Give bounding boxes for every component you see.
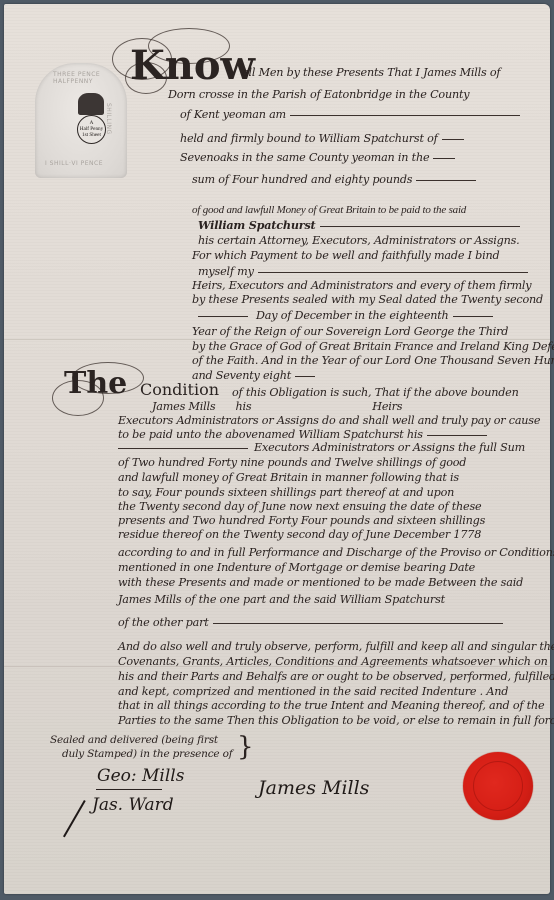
text-content: of Kent yeoman am xyxy=(180,108,286,121)
condition-heading: Condition xyxy=(140,380,219,399)
fill-line xyxy=(427,435,487,436)
opening-initial: Know xyxy=(130,42,255,89)
text-line: myself my xyxy=(198,266,528,277)
text-content: held and firmly bound to William Spatchu… xyxy=(180,132,438,145)
stamp-side-text: SHILLING xyxy=(105,103,112,135)
text-line: to say, Four pounds sixteen shillings pa… xyxy=(118,487,454,498)
revenue-stamp: THREE PENCE HALFPENNY SHILLING I SHILL·V… xyxy=(35,63,127,178)
wax-seal xyxy=(463,752,533,820)
fill-line xyxy=(198,316,248,317)
fill-line xyxy=(320,226,520,227)
witness-signature: Geo: Mills xyxy=(97,766,184,786)
text-line: And do also well and truly observe, perf… xyxy=(118,641,554,652)
text-line: Dorn crosse in the Parish of Eatonbridge… xyxy=(168,89,469,100)
fill-line xyxy=(416,180,476,181)
text-line: with these Presents and made or mentione… xyxy=(118,577,523,588)
text-content: to be paid unto the abovenamed William S… xyxy=(118,428,423,441)
text-line: by these Presents sealed with my Seal da… xyxy=(192,294,543,305)
text-line: of good and lawfull Money of Great Brita… xyxy=(192,205,466,216)
fill-line xyxy=(295,376,315,377)
seal-impression xyxy=(473,761,523,811)
signature-underline xyxy=(96,789,162,790)
stamp-label: 1st Sheet xyxy=(78,132,105,138)
text-content: William Spatchurst xyxy=(198,218,316,232)
obligor-signature: James Mills xyxy=(258,777,369,799)
text-line: James Mills his Heirs xyxy=(152,401,402,412)
text-line: Covenants, Grants, Articles, Conditions … xyxy=(118,656,548,667)
text-line: according to and in full Performance and… xyxy=(118,547,554,558)
text-line: For which Payment to be well and faithfu… xyxy=(192,250,499,261)
text-content: Day of December in the eighteenth xyxy=(256,309,449,322)
text-line: William Spatchurst xyxy=(198,220,520,231)
text-line: to be paid unto the abovenamed William S… xyxy=(118,429,487,440)
text-line: residue thereof on the Twenty second day… xyxy=(118,529,481,540)
witness-signature: Jas. Ward xyxy=(92,795,174,815)
text-line: that in all things according to the true… xyxy=(118,700,544,711)
text-line: Executors Administrators or Assigns the … xyxy=(118,442,525,453)
fill-line xyxy=(118,448,248,449)
stamp-ring-text: THREE PENCE HALFPENNY xyxy=(53,71,127,85)
fill-line xyxy=(433,158,455,159)
text-content: sum of Four hundred and eighty pounds xyxy=(192,173,412,186)
text-line: Parties to the same Then this Obligation… xyxy=(118,715,554,726)
text-line: Sevenoaks in the same County yeoman in t… xyxy=(180,152,455,163)
text-line: of this Obligation is such, That if the … xyxy=(232,387,519,398)
condition-initial: The xyxy=(64,366,127,401)
text-line: and lawfull money of Great Britain in ma… xyxy=(118,472,459,483)
fill-line xyxy=(213,623,503,624)
text-content: of the other part xyxy=(118,616,209,629)
attestation-line: Sealed and delivered (being first xyxy=(50,735,218,746)
text-line: of the other part xyxy=(118,617,503,628)
stamp-bottom-text: I SHILL·VI PENCE xyxy=(45,160,103,167)
text-line: James Mills of the one part and the said… xyxy=(118,594,445,605)
text-line: all Men by these Presents That I James M… xyxy=(242,67,500,78)
brace-icon: } xyxy=(237,732,254,762)
text-line: the Twenty second day of June now next e… xyxy=(118,501,481,512)
text-line: mentioned in one Indenture of Mortgage o… xyxy=(118,562,475,573)
crown-icon xyxy=(78,93,104,115)
text-line: Year of the Reign of our Sovereign Lord … xyxy=(192,326,508,337)
text-line: by the Grace of God of Great Britain Fra… xyxy=(192,341,554,352)
text-line: held and firmly bound to William Spatchu… xyxy=(180,133,464,144)
text-line: his certain Attorney, Executors, Adminis… xyxy=(198,235,520,246)
fill-line xyxy=(258,272,528,273)
halfpenny-stamp-badge: A Half Penny 1st Sheet xyxy=(77,115,106,144)
text-line: Day of December in the eighteenth xyxy=(198,310,493,321)
text-content: Executors Administrators or Assigns the … xyxy=(254,441,525,454)
text-line: of Kent yeoman am xyxy=(180,109,520,120)
attestation-line: duly Stamped) in the presence of xyxy=(62,749,232,760)
text-content: Sevenoaks in the same County yeoman in t… xyxy=(180,151,429,164)
text-line: of Two hundred Forty nine pounds and Twe… xyxy=(118,457,466,468)
text-content: myself my xyxy=(198,265,254,278)
fill-line xyxy=(290,115,520,116)
text-line: sum of Four hundred and eighty pounds xyxy=(192,174,476,185)
text-line: his and their Parts and Behalfs are or o… xyxy=(118,671,554,682)
text-line: of the Faith. And in the Year of our Lor… xyxy=(192,355,554,366)
text-line: Heirs, Executors and Administrators and … xyxy=(192,280,531,291)
text-line: Executors Administrators or Assigns do a… xyxy=(118,415,540,426)
fill-line xyxy=(442,139,464,140)
text-line: presents and Two hundred Forty Four poun… xyxy=(118,515,485,526)
text-line: and kept, comprized and mentioned in the… xyxy=(118,686,508,697)
fill-line xyxy=(453,316,493,317)
